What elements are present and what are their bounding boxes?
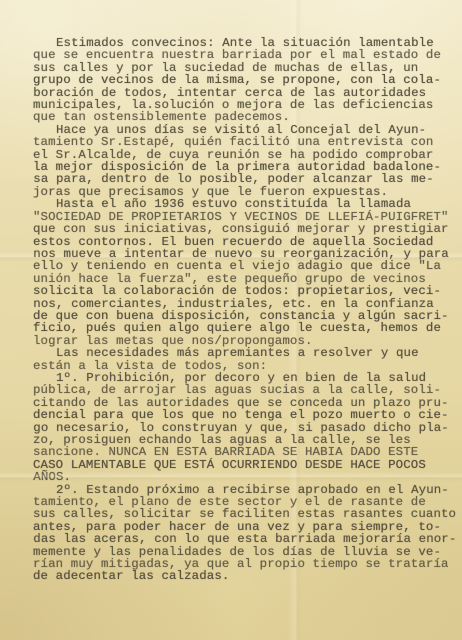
letter-line: sus calles y por la suciedad de muchas d…	[33, 62, 456, 74]
letter-line: que con sus iniciativas, consiguió mejor…	[33, 223, 456, 235]
letter-paragraph: Estimados convecinos: Ante la situación …	[33, 37, 456, 124]
letter-line: rían muy mitigadas, ya que al propio tie…	[33, 558, 456, 570]
letter-paragraph: 1º. Prohibición, por decoro y en bien de…	[33, 372, 456, 484]
letter-line: el Sr.Alcalde, de cuya reunión se ha pod…	[33, 149, 456, 161]
letter-paragraph: Hasta el año 1936 estuvo constituída la …	[33, 198, 456, 347]
letter-line: sus calles, solicitar se faciliten estas…	[33, 508, 456, 520]
letter-line: sa para, dentro de lo posible, poder alc…	[33, 173, 456, 185]
letter-paragraph: Hace ya unos días se visitó al Concejal …	[33, 124, 456, 198]
letter-body: Estimados convecinos: Ante la situación …	[33, 37, 456, 583]
letter-paragraph: Las necesidades más apremiantes a resolv…	[33, 347, 456, 372]
letter-line: citando de las autoridades que se conced…	[33, 397, 456, 409]
letter-line: ficio, pués quien algo quiere algo le cu…	[33, 322, 456, 334]
letter-line: Hasta el año 1936 estuvo constituída la …	[33, 198, 456, 210]
letter-line: sancione. NUNCA EN ESTA BARRIADA SE HABI…	[33, 446, 456, 458]
letter-line: pública, de arrojar las aguas sucias a l…	[33, 384, 456, 396]
letter-line: nos, comerciantes, industriales, etc. en…	[33, 298, 456, 310]
letter-paragraph: 2º. Estando próximo a recibirse aprobado…	[33, 484, 456, 583]
letter-line: CASO LAMENTABLE QUE ESTÁ OCURRIENDO DESD…	[33, 459, 456, 471]
letter-line: unión hace la fuerza", este pequeño grup…	[33, 273, 456, 285]
letter-line: Las necesidades más apremiantes a resolv…	[33, 347, 456, 359]
letter-line: ello y teniendo en cuenta el viejo adagi…	[33, 260, 456, 272]
letter-line: das las aceras, con lo que esta barriada…	[33, 533, 456, 545]
letter-line: que se encuentra nuestra barriada por el…	[33, 49, 456, 61]
letter-line: de adecentar las calzadas.	[33, 570, 456, 582]
letter-page: Estimados convecinos: Ante la situación …	[0, 0, 462, 640]
letter-line: tamiento Sr.Estapé, quién facilitó una e…	[33, 136, 456, 148]
